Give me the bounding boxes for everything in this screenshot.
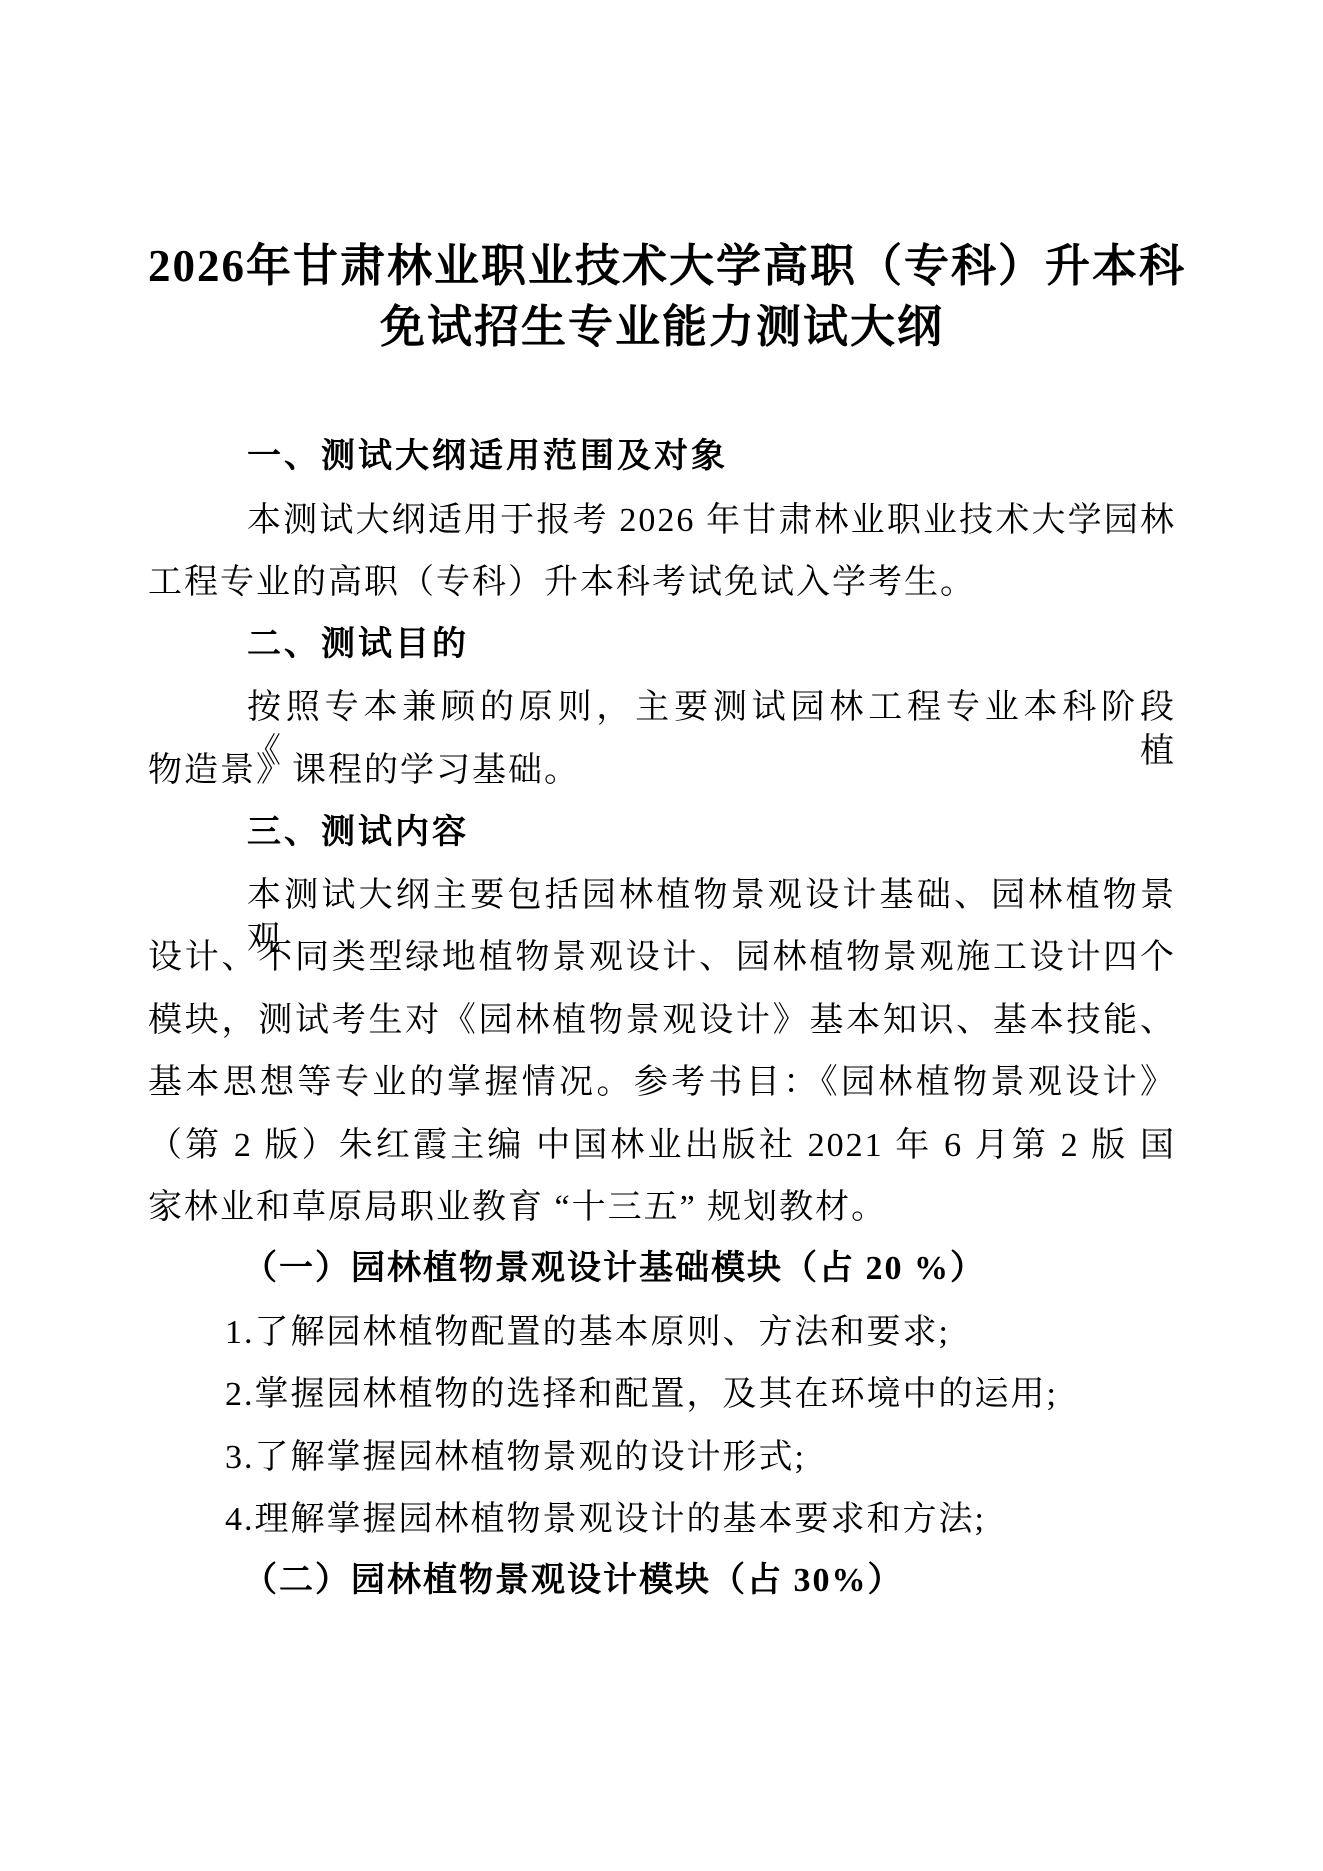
module-2-heading: （二）园林植物景观设计模块（占 30%） (148, 1559, 1176, 1603)
document-title-line-2: 免试招生专业能力测试大纲 (148, 299, 1176, 355)
section-1-paragraph-line: 工程专业的高职（专科）升本科考试免试入学考生。 (148, 561, 1176, 605)
section-2-heading: 二、测试目的 (148, 623, 1176, 667)
section-3-heading: 三、测试内容 (148, 811, 1176, 855)
section-2-paragraph-line: 物造景》课程的学习基础。 (148, 749, 1176, 793)
section-1-paragraph-line: 本测试大纲适用于报考 2026 年甘肃林业职业技术大学园林 (148, 499, 1176, 543)
section-3-paragraph-line: 家林业和草原局职业教育 “十三五” 规划教材。 (148, 1186, 1176, 1230)
section-1-heading: 一、测试大纲适用范围及对象 (148, 435, 1176, 479)
module-1-item: 2.掌握园林植物的选择和配置，及其在环境中的运用; (148, 1373, 1176, 1417)
section-3-paragraph-line: 模块，测试考生对《园林植物景观设计》基本知识、基本技能、 (148, 999, 1176, 1043)
module-1-item: 4.理解掌握园林植物景观设计的基本要求和方法; (148, 1498, 1176, 1542)
section-3-paragraph-line: 基本思想等专业的掌握情况。参考书目：《园林植物景观设计》 (148, 1061, 1176, 1105)
section-3-paragraph-line: （第 2 版）朱红霞主编 中国林业出版社 2021 年 6 月第 2 版 国 (148, 1124, 1176, 1168)
module-1-item: 1.了解园林植物配置的基本原则、方法和要求; (148, 1311, 1176, 1355)
module-1-item: 3.了解掌握园林植物景观的设计形式; (148, 1436, 1176, 1480)
document-title-line-1: 2026年甘肃林业职业技术大学高职（专科）升本科 (148, 238, 1176, 294)
section-3-paragraph-line: 设计、不同类型绿地植物景观设计、园林植物景观施工设计四个 (148, 936, 1176, 980)
module-1-heading: （一）园林植物景观设计基础模块（占 20 %） (148, 1247, 1176, 1291)
document-page: 2026年甘肃林业职业技术大学高职（专科）升本科 免试招生专业能力测试大纲 一、… (0, 0, 1323, 1871)
